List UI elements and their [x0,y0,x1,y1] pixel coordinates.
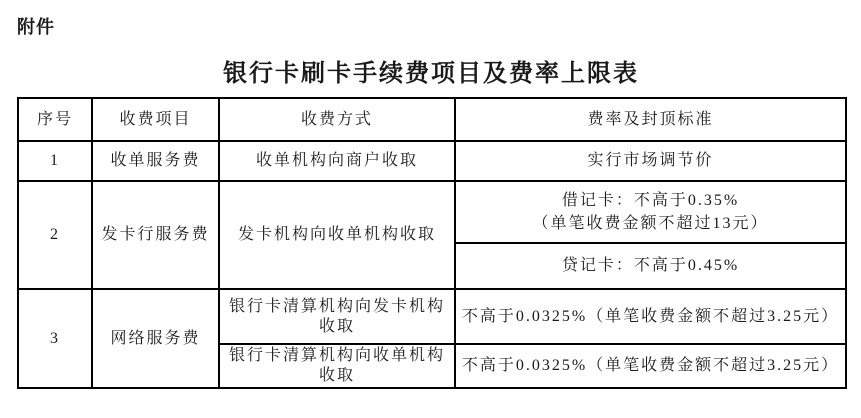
cell-row1-no: 1 [18,141,92,181]
page-title: 银行卡刷卡手续费项目及费率上限表 [17,53,845,88]
cell-row2-rate-credit: 贷记卡：不高于0.45% [455,243,846,289]
cell-row3-no: 3 [18,289,92,388]
document-page: 附件 银行卡刷卡手续费项目及费率上限表 序号 收费项目 收费方式 费率及封顶标准… [0,0,861,418]
cell-row1-method: 收单机构向商户收取 [219,141,455,181]
table-header-row: 序号 收费项目 收费方式 费率及封顶标准 [18,98,846,141]
fee-table: 序号 收费项目 收费方式 费率及封顶标准 1 收单服务费 收单机构向商户收取 实… [17,97,847,389]
column-header-no: 序号 [18,98,92,141]
cell-row3-method-acquirer: 银行卡清算机构向收单机构收取 [219,344,455,388]
table-row-issuer-fee-debit: 2 发卡行服务费 发卡机构向收单机构收取 借记卡：不高于0.35% （单笔收费金… [18,181,846,243]
cell-row2-no: 2 [18,181,92,289]
table-row-acquiring-fee: 1 收单服务费 收单机构向商户收取 实行市场调节价 [18,141,846,181]
cell-row2-item: 发卡行服务费 [92,181,219,289]
column-header-rate: 费率及封顶标准 [455,98,846,141]
column-header-method: 收费方式 [219,98,455,141]
rate-debit-line2: （单笔收费金额不超过13元） [460,212,841,235]
cell-row3-rate-issuer: 不高于0.0325%（单笔收费金额不超过3.25元） [455,289,846,344]
table-row-network-fee-issuer: 3 网络服务费 银行卡清算机构向发卡机构收取 不高于0.0325%（单笔收费金额… [18,289,846,344]
cell-row2-method: 发卡机构向收单机构收取 [219,181,455,289]
cell-row1-item: 收单服务费 [92,141,219,181]
rate-debit-line1: 借记卡：不高于0.35% [460,189,841,212]
cell-row2-rate-debit: 借记卡：不高于0.35% （单笔收费金额不超过13元） [455,181,846,243]
attachment-label: 附件 [17,13,55,39]
cell-row3-rate-acquirer: 不高于0.0325%（单笔收费金额不超过3.25元） [455,344,846,388]
column-header-item: 收费项目 [92,98,219,141]
cell-row3-method-issuer: 银行卡清算机构向发卡机构收取 [219,289,455,344]
cell-row3-item: 网络服务费 [92,289,219,388]
cell-row1-rate: 实行市场调节价 [455,141,846,181]
